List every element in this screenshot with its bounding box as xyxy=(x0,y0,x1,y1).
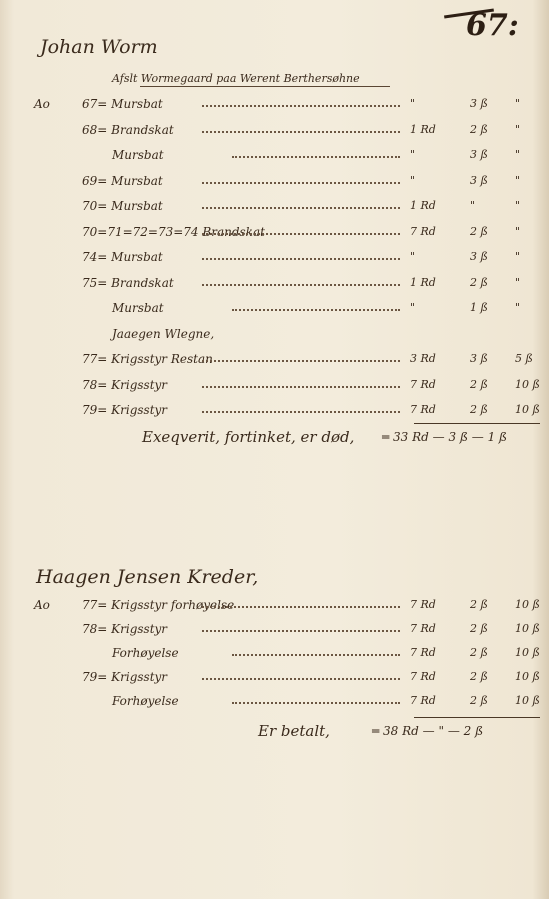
entry-label: 79= Krigsstyr xyxy=(82,403,167,417)
total-rd: 33 Rd xyxy=(393,430,429,444)
amount-rd: 7 Rd xyxy=(410,622,436,635)
entry-label: Mursbat xyxy=(112,301,164,315)
total-sk: 1 ß xyxy=(488,430,507,444)
amount-sk: 10 ß xyxy=(515,378,540,391)
leader-dots xyxy=(202,598,400,608)
amount-sk: 5 ß xyxy=(515,352,533,365)
ledger-row: 79= Krigsstyr 7 Rd 2 ß 10 ß xyxy=(0,670,549,692)
leader-dots xyxy=(202,123,400,133)
entry-label: Forhøyelse xyxy=(112,646,179,660)
amount-rd: " xyxy=(410,97,415,110)
amount-mk: 2 ß xyxy=(470,694,488,707)
anno-prefix: Ao xyxy=(34,97,50,111)
amount-rd: " xyxy=(410,301,415,314)
amount-rd: 1 Rd xyxy=(410,276,436,289)
leader-dots xyxy=(202,378,400,388)
amount-rd: 1 Rd xyxy=(410,199,436,212)
entry-label: Jaaegen Wlegne, xyxy=(112,327,214,341)
amount-sk: " xyxy=(515,148,520,161)
leader-dots xyxy=(232,646,400,656)
amount-rd: 7 Rd xyxy=(410,225,436,238)
entry-label: 68= Brandskat xyxy=(82,123,174,137)
amount-rd: 7 Rd xyxy=(410,646,436,659)
ledger-row: 68= Brandskat 1 Rd 2 ß " xyxy=(0,123,549,145)
section2-name: Haagen Jensen Kreder, xyxy=(36,566,258,588)
leader-dots xyxy=(202,403,400,413)
ledger-row: 78= Krigsstyr 7 Rd 2 ß 10 ß xyxy=(0,378,549,400)
amount-sk: " xyxy=(515,97,520,110)
leader-dots xyxy=(202,174,400,184)
total-rd: 38 Rd xyxy=(383,724,419,738)
amount-mk: 3 ß xyxy=(470,352,488,365)
amount-mk: 2 ß xyxy=(470,378,488,391)
amount-mk: 3 ß xyxy=(470,97,488,110)
amount-mk: 2 ß xyxy=(470,598,488,611)
sum-rule-2 xyxy=(414,717,540,718)
amount-rd: 7 Rd xyxy=(410,403,436,416)
ledger-row: 74= Mursbat " 3 ß " xyxy=(0,250,549,272)
entry-label: 78= Krigsstyr xyxy=(82,378,167,392)
amount-rd: 1 Rd xyxy=(410,123,436,136)
sum-rule xyxy=(414,423,540,424)
ledger-row: 78= Krigsstyr 7 Rd 2 ß 10 ß xyxy=(0,622,549,644)
amount-rd: 7 Rd xyxy=(410,378,436,391)
amount-mk: 2 ß xyxy=(470,622,488,635)
ledger-row: Forhøyelse 7 Rd 2 ß 10 ß xyxy=(0,646,549,668)
amount-sk: " xyxy=(515,225,520,238)
amount-sk: 10 ß xyxy=(515,403,540,416)
amount-mk: 2 ß xyxy=(470,276,488,289)
amount-mk: 2 ß xyxy=(470,646,488,659)
amount-sk: 10 ß xyxy=(515,598,540,611)
amount-sk: 10 ß xyxy=(515,670,540,683)
ledger-row: Ao67= Mursbat " 3 ß " xyxy=(0,97,549,119)
entry-label: 78= Krigsstyr xyxy=(82,622,167,636)
subtitle-underline xyxy=(140,86,390,87)
ledger-row: Mursbat " 1 ß " xyxy=(0,301,549,323)
ledger-row: 69= Mursbat " 3 ß " xyxy=(0,174,549,196)
ledger-row: 79= Krigsstyr 7 Rd 2 ß 10 ß xyxy=(0,403,549,425)
amount-sk: 10 ß xyxy=(515,622,540,635)
amount-sk: " xyxy=(515,199,520,212)
ledger-row: Mursbat " 3 ß " xyxy=(0,148,549,170)
amount-rd: " xyxy=(410,148,415,161)
entry-label: 67= Mursbat xyxy=(82,97,163,111)
amount-sk: 10 ß xyxy=(515,694,540,707)
ledger-row: 70=71=72=73=74 Brandskat 7 Rd 2 ß " xyxy=(0,225,549,247)
total-sk: 2 ß xyxy=(464,724,483,738)
leader-dots xyxy=(202,199,400,209)
leader-dots xyxy=(202,670,400,680)
section1-total-label: Exeqverit, fortinket, er død, xyxy=(142,428,354,446)
section1-subtitle: Afslt Wormegaard paa Werent Berthersøhne xyxy=(112,72,360,85)
amount-mk: 2 ß xyxy=(470,123,488,136)
ledger-row: 77= Krigsstyr Restan 3 Rd 3 ß 5 ß xyxy=(0,352,549,374)
amount-mk: 1 ß xyxy=(470,301,488,314)
amount-mk: 2 ß xyxy=(470,225,488,238)
manuscript-page: 67: Johan Worm Afslt Wormegaard paa Were… xyxy=(0,0,549,899)
amount-rd: 7 Rd xyxy=(410,694,436,707)
amount-sk: 10 ß xyxy=(515,646,540,659)
leader-dots xyxy=(202,225,400,235)
ledger-row: 75= Brandskat 1 Rd 2 ß " xyxy=(0,276,549,298)
leader-dots xyxy=(202,352,400,362)
leader-dots xyxy=(232,694,400,704)
amount-sk: " xyxy=(515,250,520,263)
amount-mk: 3 ß xyxy=(470,250,488,263)
entry-label: 74= Mursbat xyxy=(82,250,163,264)
leader-dots xyxy=(202,97,400,107)
entry-label: 79= Krigsstyr xyxy=(82,670,167,684)
amount-sk: " xyxy=(515,276,520,289)
entry-label: 70= Mursbat xyxy=(82,199,163,213)
anno-prefix: Ao xyxy=(34,598,50,612)
section1-name: Johan Worm xyxy=(40,36,158,58)
total-mk: 3 ß xyxy=(449,430,468,444)
ledger-row: Jaaegen Wlegne, xyxy=(0,327,549,349)
amount-rd: 7 Rd xyxy=(410,670,436,683)
amount-mk: 3 ß xyxy=(470,174,488,187)
section2-total: ═ 38 Rd — " — 2 ß xyxy=(372,724,483,738)
amount-rd: 3 Rd xyxy=(410,352,436,365)
section2-total-label: Er betalt, xyxy=(258,722,330,740)
entry-label: Forhøyelse xyxy=(112,694,179,708)
section1-total: ═ 33 Rd — 3 ß — 1 ß xyxy=(382,430,507,444)
leader-dots xyxy=(232,148,400,158)
entry-label: Mursbat xyxy=(112,148,164,162)
entry-label: 69= Mursbat xyxy=(82,174,163,188)
leader-dots xyxy=(232,301,400,311)
amount-mk: 2 ß xyxy=(470,670,488,683)
amount-rd: " xyxy=(410,250,415,263)
amount-sk: " xyxy=(515,174,520,187)
entry-label: 75= Brandskat xyxy=(82,276,174,290)
entry-label: 77= Krigsstyr Restan xyxy=(82,352,213,366)
amount-sk: " xyxy=(515,123,520,136)
amount-sk: " xyxy=(515,301,520,314)
ledger-row: 70= Mursbat 1 Rd " " xyxy=(0,199,549,221)
ledger-row: Forhøyelse 7 Rd 2 ß 10 ß xyxy=(0,694,549,716)
amount-mk: 2 ß xyxy=(470,403,488,416)
leader-dots xyxy=(202,276,400,286)
amount-mk: " xyxy=(470,199,475,212)
leader-dots xyxy=(202,250,400,260)
folio-number: 67: xyxy=(466,8,519,43)
ledger-row: Ao77= Krigsstyr forhøyelse 7 Rd 2 ß 10 ß xyxy=(0,598,549,620)
leader-dots xyxy=(202,622,400,632)
amount-rd: 7 Rd xyxy=(410,598,436,611)
amount-rd: " xyxy=(410,174,415,187)
amount-mk: 3 ß xyxy=(470,148,488,161)
